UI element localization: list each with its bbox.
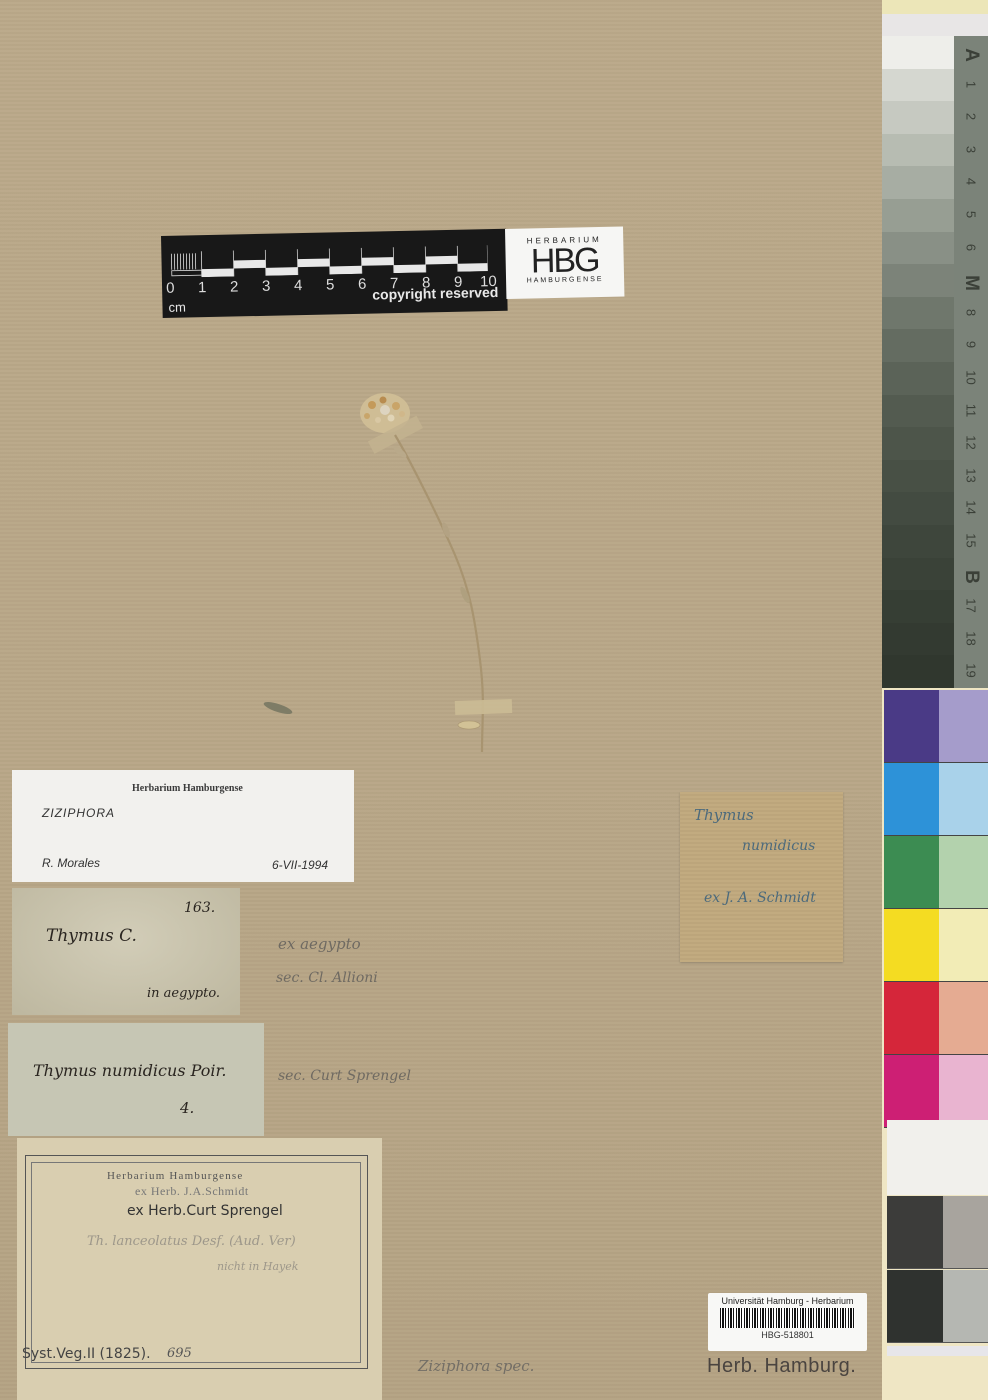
stamp-line: Herbarium Hamburgense (107, 1170, 244, 1182)
stamp-label: Herbarium Hamburgense ex Herb. J.A.Schmi… (17, 1138, 382, 1400)
scale-unit: cm (168, 299, 186, 314)
gray-scale-label: 10 (964, 361, 979, 395)
gray-swatch (882, 101, 954, 134)
collection-date: 6-VII-1994 (272, 858, 328, 872)
gray-scale-label: 4 (964, 165, 979, 199)
stamp-line: ex Herb. J.A.Schmidt (135, 1184, 249, 1199)
gray-scale-label: 17 (964, 589, 979, 623)
color-patch-row (884, 909, 988, 982)
scale-tick-label: 1 (198, 279, 207, 296)
logo-bottom-text: HAMBURGENSE (506, 276, 624, 285)
gray-scale-label: 19 (964, 654, 979, 688)
pencil-note: ex aegypto (278, 935, 361, 953)
scale-bar: 0 1 2 3 4 5 6 7 8 9 10 cm copyright rese… (161, 229, 508, 318)
color-patch-row (884, 690, 988, 763)
color-patch-row (884, 982, 988, 1055)
taxon-epithet: numidicus (742, 838, 815, 854)
brown-label: Thymus numidicus ex J. A. Schmidt (680, 792, 843, 962)
gray-swatch (882, 492, 954, 525)
gray-swatch (882, 460, 954, 493)
gray-scale-label: 8 (964, 295, 979, 329)
gray-scale-label: 13 (964, 458, 979, 492)
gray-scale-label: 11 (964, 393, 979, 427)
gray-scale-label: 1 (964, 67, 979, 101)
provenance: ex J. A. Schmidt (704, 890, 816, 906)
label-header: Herbarium Hamburgense (132, 783, 243, 794)
gray-scale-labels: A123456M89101112131415B171819 (954, 36, 988, 688)
genus-name: ZIZIPHORA (42, 806, 115, 820)
gray-scale (882, 36, 954, 688)
gray-scale-label: 3 (964, 132, 979, 166)
taxon-name: Thymus C. (46, 926, 137, 946)
gray-swatch (882, 590, 954, 623)
chart-top-strip (882, 0, 988, 14)
gray-scale-label: 5 (964, 198, 979, 232)
scale-ticks (169, 245, 487, 278)
scale-tick-label: 2 (230, 278, 239, 295)
scale-tick-label: 4 (294, 277, 303, 294)
gray-scale-label: 14 (964, 491, 979, 525)
gray-swatch (882, 395, 954, 428)
gray-swatch (882, 134, 954, 167)
gray-swatch (882, 623, 954, 656)
reference-page: 695 (167, 1346, 192, 1361)
reference-text: Syst.Veg.II (1825). (22, 1346, 151, 1362)
chart-white-strip (882, 14, 988, 36)
taxon-name: Thymus numidicus Poir. (33, 1061, 226, 1080)
gray-swatch (882, 297, 954, 330)
gray-swatch (882, 264, 954, 297)
locality: in aegypto. (147, 986, 220, 1001)
gray-scale-label: 15 (964, 524, 979, 558)
herb-hamburg-stamp: Herb. Hamburg. (707, 1355, 856, 1378)
gray-swatch (882, 525, 954, 558)
scale-tick-label: 6 (358, 276, 367, 293)
gray-scale-label: 12 (964, 426, 979, 460)
barcode-id: HBG-518801 (708, 1330, 867, 1340)
color-chart: A123456M89101112131415B171819 (882, 0, 988, 1400)
barcode-institution: Universität Hamburg - Herbarium (708, 1296, 867, 1306)
gray-scale-label: 2 (964, 100, 979, 134)
barcode-icon (720, 1308, 855, 1328)
gray-scale-label: 9 (964, 328, 979, 362)
pencil-note: sec. Cl. Allioni (276, 970, 378, 986)
color-patch-row (884, 763, 988, 836)
dark-patch-row (887, 1196, 988, 1269)
old-label-thymus-numidicus: Thymus numidicus Poir. 4. (8, 1023, 264, 1136)
scale-tick-label: 3 (262, 278, 271, 295)
gray-swatch (882, 69, 954, 102)
gray-swatch (882, 166, 954, 199)
color-patches (884, 690, 988, 1128)
scale-tick-label: 0 (166, 280, 175, 297)
gray-scale-label: 18 (964, 621, 979, 655)
label-number: 163. (184, 900, 215, 916)
gray-swatch (882, 655, 954, 688)
barcode-label: Universität Hamburg - Herbarium HBG-5188… (708, 1293, 867, 1351)
gray-swatch (882, 36, 954, 69)
gray-swatch (882, 199, 954, 232)
color-patch-row (884, 1055, 988, 1128)
pencil-note: sec. Curt Sprengel (278, 1068, 411, 1084)
gray-swatch (882, 362, 954, 395)
gray-swatch (882, 232, 954, 265)
hbg-logo: HERBARIUM HBG HAMBURGENSE (505, 227, 624, 299)
collector-name: R. Morales (42, 856, 100, 870)
old-label-thymus: 163. Thymus C. in aegypto. (12, 888, 240, 1015)
gray-swatch (882, 427, 954, 460)
pencil-note: Th. lanceolatus Desf. (Aud. Ver) (87, 1234, 296, 1249)
pencil-note: Ziziphora spec. (418, 1357, 534, 1375)
stamp-line: ex Herb.Curt Sprengel (127, 1203, 283, 1219)
copyright-text: copyright reserved (372, 284, 498, 303)
determination-label: Herbarium Hamburgense ZIZIPHORA R. Moral… (12, 770, 354, 882)
chart-bottom-strip (887, 1346, 988, 1356)
pencil-note: nicht in Hayek (217, 1260, 298, 1273)
white-patch (887, 1120, 988, 1195)
gray-swatch (882, 558, 954, 591)
scale-tick-label: 5 (326, 276, 335, 293)
gray-scale-label: 6 (964, 230, 979, 264)
color-patch-row (884, 836, 988, 909)
plant-specimen (250, 380, 530, 760)
label-number: 4. (180, 1099, 194, 1117)
gray-swatch (882, 329, 954, 362)
taxon-genus: Thymus (694, 806, 754, 824)
dark-patch-row (887, 1270, 988, 1343)
logo-main-text: HBG (505, 244, 624, 278)
